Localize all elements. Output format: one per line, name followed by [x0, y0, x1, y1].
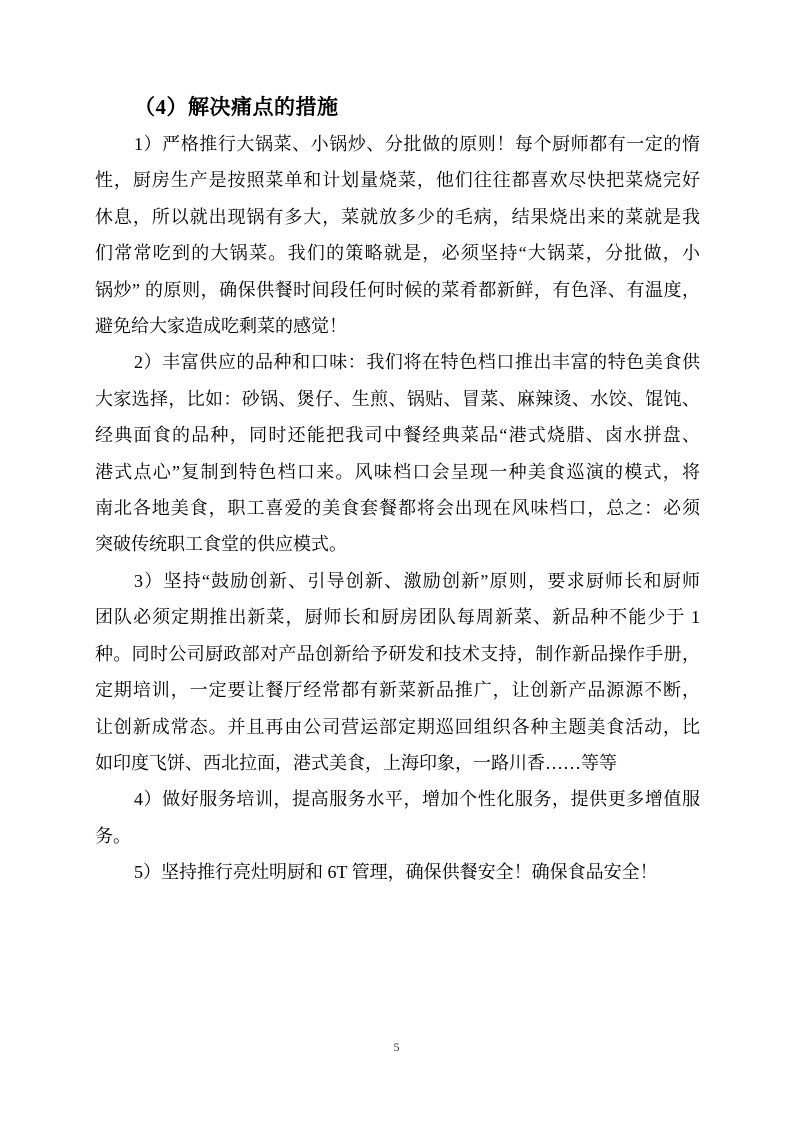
text-line: 定期培训，一定要让餐厅经常都有新菜新品推广，让创新产品源源不断，	[95, 672, 700, 708]
paragraph: 2）丰富供应的品种和口味：我们将在特色档口推出丰富的特色美食供大家选择，比如：砂…	[95, 344, 700, 562]
document-page: （4）解决痛点的措施 1）严格推行大锅菜、小锅炒、分批做的原则！每个厨师都有一定…	[0, 0, 793, 1122]
document-content: （4）解决痛点的措施 1）严格推行大锅菜、小锅炒、分批做的原则！每个厨师都有一定…	[95, 88, 700, 891]
text-line: 性，厨房生产是按照菜单和计划量烧菜，他们往往都喜欢尽快把菜烧完好	[95, 162, 700, 198]
text-line: 如印度飞饼、西北拉面，港式美食，上海印象，一路川香……等等	[95, 745, 700, 781]
text-line: 避免给大家造成吃剩菜的感觉！	[95, 308, 700, 344]
text-line: 们常常吃到的大锅菜。我们的策略就是，必须坚持“大锅菜，分批做，小	[95, 235, 700, 271]
paragraph: 1）严格推行大锅菜、小锅炒、分批做的原则！每个厨师都有一定的惰性，厨房生产是按照…	[95, 126, 700, 344]
paragraph: 4）做好服务培训，提高服务水平，增加个性化服务，提供更多增值服务。	[95, 781, 700, 854]
text-line: 休息，所以就出现锅有多大，菜就放多少的毛病，结果烧出来的菜就是我	[95, 199, 700, 235]
text-line: 4）做好服务培训，提高服务水平，增加个性化服务，提供更多增值服	[95, 781, 700, 817]
text-line: 让创新成常态。并且再由公司营运部定期巡回组织各种主题美食活动，比	[95, 709, 700, 745]
page-footer: 5	[0, 1038, 793, 1056]
text-line: 3）坚持“鼓励创新、引导创新、激励创新”原则，要求厨师长和厨师	[95, 563, 700, 599]
paragraph: 5）坚持推行亮灶明厨和 6T 管理，确保供餐安全！确保食品安全！	[95, 854, 700, 890]
text-line: 突破传统职工食堂的供应模式。	[95, 526, 700, 562]
text-line: 经典面食的品种，同时还能把我司中餐经典菜品“港式烧腊、卤水拼盘、	[95, 417, 700, 453]
text-line: 港式点心”复制到特色档口来。风味档口会呈现一种美食巡演的模式，将	[95, 454, 700, 490]
text-line: 大家选择，比如：砂锅、煲仔、生煎、锅贴、冒菜、麻辣烫、水饺、馄饨、	[95, 381, 700, 417]
text-line: 种。同时公司厨政部对产品创新给予研发和技术支持，制作新品操作手册，	[95, 636, 700, 672]
paragraph: 3）坚持“鼓励创新、引导创新、激励创新”原则，要求厨师长和厨师团队必须定期推出新…	[95, 563, 700, 781]
text-line: 2）丰富供应的品种和口味：我们将在特色档口推出丰富的特色美食供	[95, 344, 700, 380]
text-line: 南北各地美食，职工喜爱的美食套餐都将会出现在风味档口，总之：必须	[95, 490, 700, 526]
section-heading: （4）解决痛点的措施	[95, 88, 700, 126]
text-line: 务。	[95, 818, 700, 854]
text-line: 团队必须定期推出新菜，厨师长和厨房团队每周新菜、新品种不能少于 1	[95, 599, 700, 635]
text-line: 5）坚持推行亮灶明厨和 6T 管理，确保供餐安全！确保食品安全！	[95, 854, 700, 890]
page-number: 5	[394, 1040, 400, 1054]
text-line: 锅炒” 的原则，确保供餐时间段任何时候的菜肴都新鲜，有色泽、有温度，	[95, 272, 700, 308]
text-line: 1）严格推行大锅菜、小锅炒、分批做的原则！每个厨师都有一定的惰	[95, 126, 700, 162]
document-body: 1）严格推行大锅菜、小锅炒、分批做的原则！每个厨师都有一定的惰性，厨房生产是按照…	[95, 126, 700, 891]
